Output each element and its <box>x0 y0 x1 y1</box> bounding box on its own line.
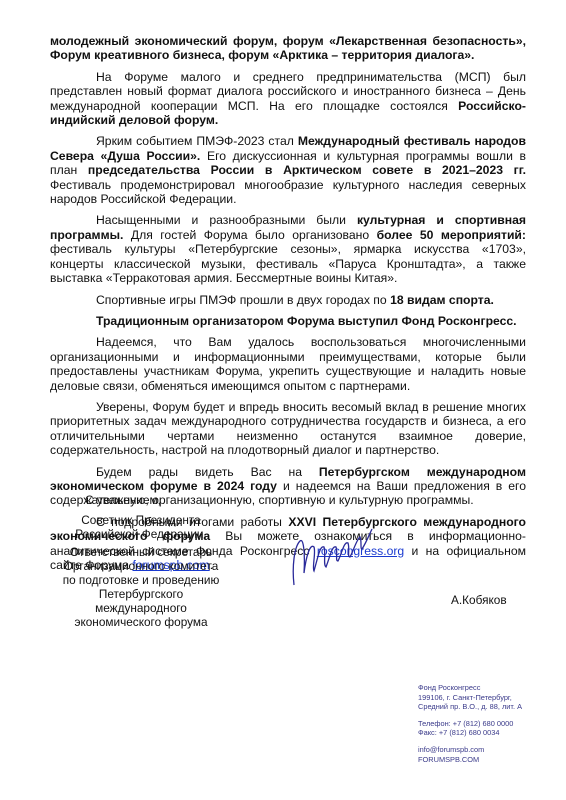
signer-name: А.Кобяков <box>451 593 507 607</box>
paragraph: Надеемся, что Вам удалось воспользоватьс… <box>50 335 526 393</box>
title-line: по подготовке и проведению <box>60 573 222 587</box>
title-advisor: Советник Президента Российской Федерации… <box>60 513 222 541</box>
title-line: Советник Президента <box>60 513 222 527</box>
signature-block: С уважением, Советник Президента Российс… <box>60 493 222 633</box>
text: Ярким событием ПМЭФ-2023 стал <box>96 134 298 148</box>
text: Спортивные игры ПМЭФ прошли в двух город… <box>96 293 390 307</box>
paragraph: Спортивные игры ПМЭФ прошли в двух город… <box>50 293 526 307</box>
text: Насыщенными и разнообразными были <box>96 213 357 227</box>
footer-email[interactable]: info@forumspb.com <box>418 745 522 755</box>
title-line: Петербургского международного <box>60 587 222 615</box>
bold-text: председательства России в Арктическом со… <box>88 163 526 177</box>
footer-phone: Телефон: +7 (812) 680 0000 <box>418 719 522 729</box>
bold-text: Традиционным организатором Форума выступ… <box>96 314 517 328</box>
paragraph: Традиционным организатором Форума выступ… <box>50 314 526 328</box>
text: На Форуме малого и среднего предпринимат… <box>50 70 526 113</box>
footer-contacts: Фонд Росконгресс 199106, г. Санкт-Петерб… <box>418 683 522 764</box>
text: Уверены, Форум будет и впредь вносить ве… <box>50 400 526 457</box>
greeting: С уважением, <box>60 493 222 507</box>
footer-site[interactable]: FORUMSPB.COM <box>418 755 522 765</box>
paragraph: На Форуме малого и среднего предпринимат… <box>50 70 526 128</box>
text: Для гостей Форума было организовано <box>123 228 376 242</box>
title-line: Ответственный секретарь <box>60 545 222 559</box>
bold-text: молодежный экономический форум, форум «Л… <box>50 34 526 62</box>
paragraph: молодежный экономический форум, форум «Л… <box>50 34 526 63</box>
text: фестиваль культуры «Петербургские сезоны… <box>50 242 526 285</box>
handwritten-signature-icon <box>290 527 375 587</box>
footer-org: Фонд Росконгресс <box>418 683 522 693</box>
paragraph: Уверены, Форум будет и впредь вносить ве… <box>50 400 526 458</box>
text: Будем рады видеть Вас на <box>96 465 319 479</box>
title-line: Организационного комитета <box>60 559 222 573</box>
footer-address-2: Средний пр. В.О., д. 88, лит. А <box>418 702 522 712</box>
paragraph: Ярким событием ПМЭФ-2023 стал Международ… <box>50 134 526 206</box>
paragraph: Насыщенными и разнообразными были культу… <box>50 213 526 285</box>
title-line: Российской Федерации, <box>60 527 222 541</box>
text: Фестиваль продемонстрировал многообразие… <box>50 178 526 206</box>
footer-fax: Факс: +7 (812) 680 0034 <box>418 728 522 738</box>
text: Надеемся, что Вам удалось воспользоватьс… <box>50 335 526 392</box>
bold-text: 18 видам спорта. <box>390 293 494 307</box>
title-secretary: Ответственный секретарь Организационного… <box>60 545 222 629</box>
bold-text: более 50 мероприятий: <box>377 228 526 242</box>
footer-address-1: 199106, г. Санкт-Петербург, <box>418 693 522 703</box>
title-line: экономического форума <box>60 615 222 629</box>
